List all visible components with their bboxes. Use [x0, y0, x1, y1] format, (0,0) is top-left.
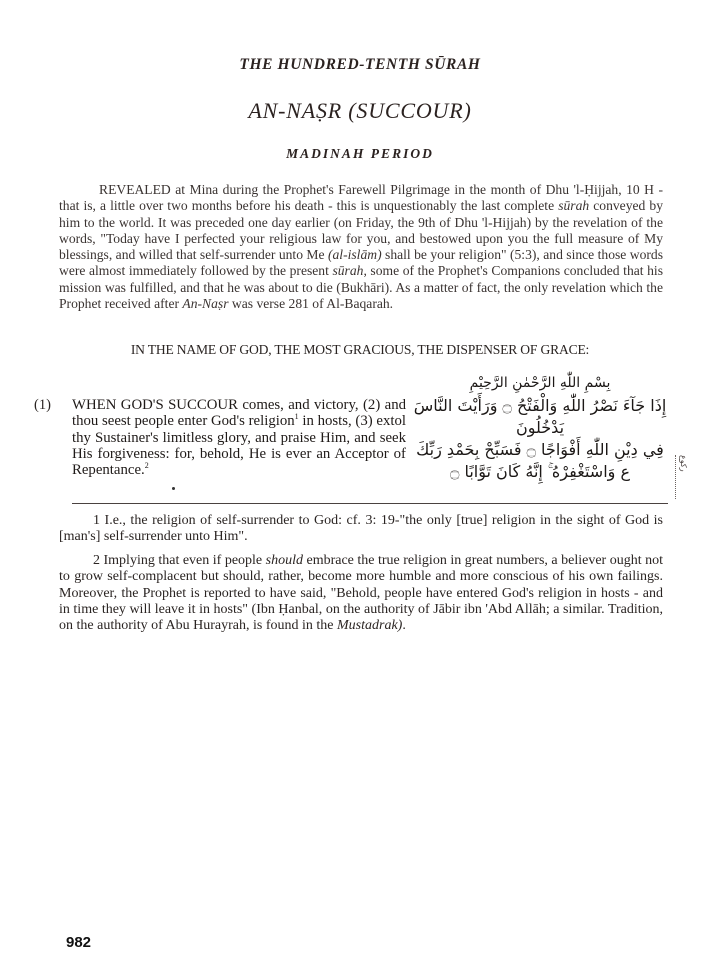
arabic-basmala: بِسْمِ اللّٰهِ الرَّحْمٰنِ الرَّحِيْمِ: [408, 372, 672, 394]
footnote-ref-2: 2: [145, 461, 149, 470]
page-number: 982: [66, 934, 91, 951]
footnote-2: 2 Implying that even if people should em…: [59, 553, 663, 635]
arabic-text-block: بِسْمِ اللّٰهِ الرَّحْمٰنِ الرَّحِيْمِ إ…: [408, 372, 672, 483]
arabic-line-3: ع وَاسْتَغْفِرْهُ ۚ إِنَّهُ كَانَ تَوَّا…: [408, 461, 672, 483]
ruku-margin-note: ركوع: [675, 455, 688, 499]
footnote-divider: [72, 503, 668, 504]
revelation-period: MADINAH PERIOD: [0, 146, 720, 162]
introduction-paragraph: REVEALED at Mina during the Prophet's Fa…: [59, 182, 663, 312]
footnotes: 1 I.e., the religion of self-surrender t…: [59, 513, 663, 642]
verse-number: (1): [34, 397, 51, 414]
footnote-1: 1 I.e., the religion of self-surrender t…: [59, 513, 663, 546]
invocation-basmala-translation: IN THE NAME OF GOD, THE MOST GRACIOUS, T…: [0, 342, 720, 358]
stray-dot-mark: [172, 487, 175, 490]
surah-title: AN-NAṢR (SUCCOUR): [0, 98, 720, 124]
arabic-line-2: فِي دِيْنِ اللّٰهِ أَفْوَاجًا ۝ فَسَبِّح…: [408, 439, 672, 461]
arabic-line-1: إِذَا جَآءَ نَصْرُ اللّٰهِ وَالْفَتْحُ ۝…: [408, 395, 672, 439]
surah-number-heading: THE HUNDRED-TENTH SŪRAH: [0, 56, 720, 74]
verse-translation: WHEN GOD'S SUCCOUR comes, and victory, (…: [72, 397, 406, 478]
